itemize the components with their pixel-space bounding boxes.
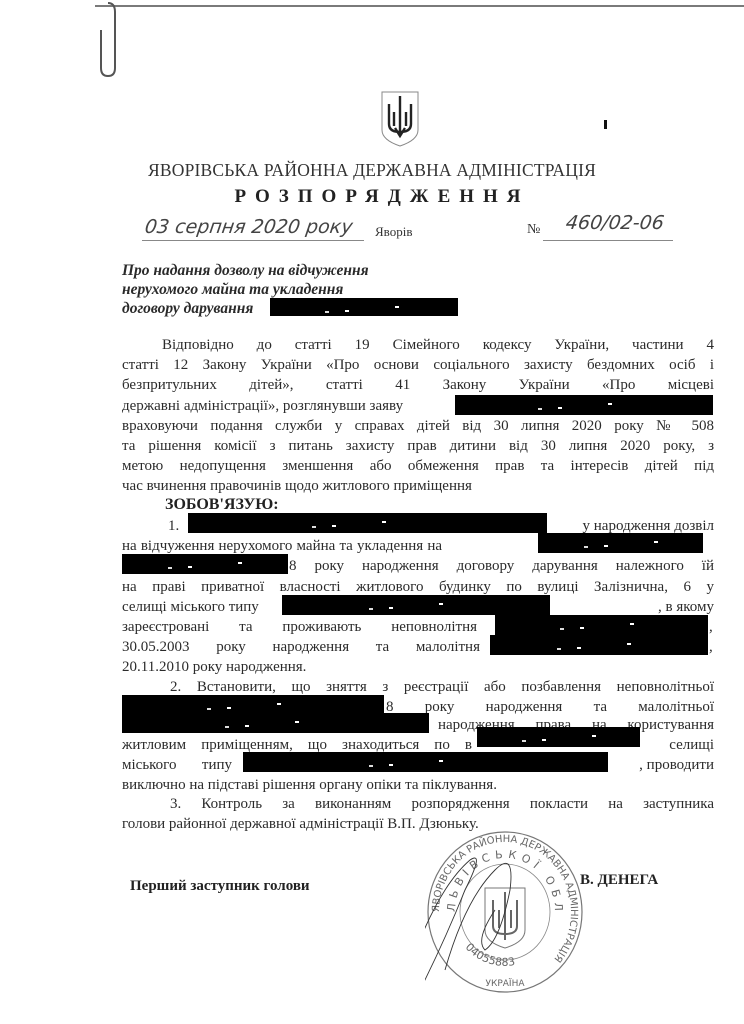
handwritten-date: 03 серпня 2020 року [143, 216, 354, 238]
page-top-edge [95, 5, 744, 7]
preamble-line: Відповідно до статті 19 Сімейного кодекс… [122, 335, 714, 355]
subject-line: Про надання дозволу на відчуження [122, 261, 369, 280]
redaction-box [490, 635, 708, 655]
item1-line: на праві приватної власності житлового б… [122, 577, 714, 597]
redaction-box [243, 752, 608, 772]
signatory-name: В. ДЕНЕГА [580, 872, 658, 889]
city: Яворів [375, 224, 412, 240]
item2-line: , проводити [612, 755, 714, 775]
redaction-box [495, 615, 708, 635]
redaction-box [477, 727, 640, 747]
item2-line: виключно на підставі рішення органу опік… [122, 775, 714, 795]
preamble-line: державні адміністрації», розглянувши зая… [122, 396, 442, 416]
item2-line: 8 року народження та малолітньої [386, 697, 714, 717]
item3-line: голови районної державної адміністрації … [122, 814, 714, 834]
preamble-line: безпритульних дітей», статті 41 Закону У… [122, 375, 714, 395]
redaction-box [538, 533, 703, 553]
item1-line: , [709, 637, 719, 657]
redaction-box [122, 695, 384, 715]
handwritten-number: 460/02-06 [564, 212, 665, 234]
redaction-box [188, 513, 547, 533]
item2-line: селищі [650, 735, 714, 755]
item-number: 1. [168, 516, 188, 536]
signatory-position: Перший заступник голови [130, 878, 310, 895]
svg-text:04055883: 04055883 [463, 940, 516, 968]
stamp-code: 04055883 [463, 940, 516, 968]
organization-name: ЯВОРІВСЬКА РАЙОННА ДЕРЖАВНА АДМІНІСТРАЦІ… [0, 160, 744, 181]
official-stamp-icon: ЯВОРІВСЬКА РАЙОННА ДЕРЖАВНА АДМІНІСТРАЦІ… [425, 830, 585, 995]
paperclip-icon [88, 0, 128, 80]
subject-line: нерухомого майна та укладення [122, 280, 369, 299]
item2-line: 2. Встановити, що зняття з реєстрації аб… [122, 677, 714, 697]
item1-line: , в якому [552, 597, 714, 617]
item1-line: 20.11.2010 року народження. [122, 657, 714, 677]
item1-line: зареєстровані та проживають неповнолітня [122, 617, 477, 637]
redaction-box [270, 298, 458, 316]
redaction-box [122, 554, 288, 574]
preamble-line: враховуючи подання служби у справах діте… [122, 416, 714, 436]
number-underline [543, 240, 673, 241]
item2-line: міського типу [122, 755, 232, 775]
preamble-line: статті 12 Закону України «Про основи соц… [122, 355, 714, 375]
stamp-country: УКРАЇНА [485, 978, 525, 989]
item1-line: селищі міського типу [122, 597, 292, 617]
preamble-line: час вчинення правочинів щодо житлового п… [122, 476, 714, 496]
item3-line: 3. Контроль за виконанням розпорядження … [122, 794, 714, 814]
trident-coat-of-arms-icon [380, 90, 420, 148]
redaction-box [122, 713, 429, 733]
preamble-line: метою недопущення зменшення або обмеженн… [122, 456, 714, 476]
number-sign: № [527, 222, 540, 238]
scan-mark [604, 120, 607, 129]
item1-line: 8 року народження договору дарування нал… [289, 556, 714, 576]
document-title: РОЗПОРЯДЖЕННЯ [0, 186, 744, 208]
item1-line: , [709, 617, 719, 637]
date-underline [142, 240, 364, 241]
redaction-box [455, 395, 713, 415]
redaction-box [282, 595, 550, 615]
preamble-line: та рішення комісії з питань захисту прав… [122, 436, 714, 456]
item1-line: 30.05.2003 року народження та малолітня [122, 637, 480, 657]
oblige-heading: ЗОБОВ'ЯЗУЮ: [165, 496, 279, 514]
